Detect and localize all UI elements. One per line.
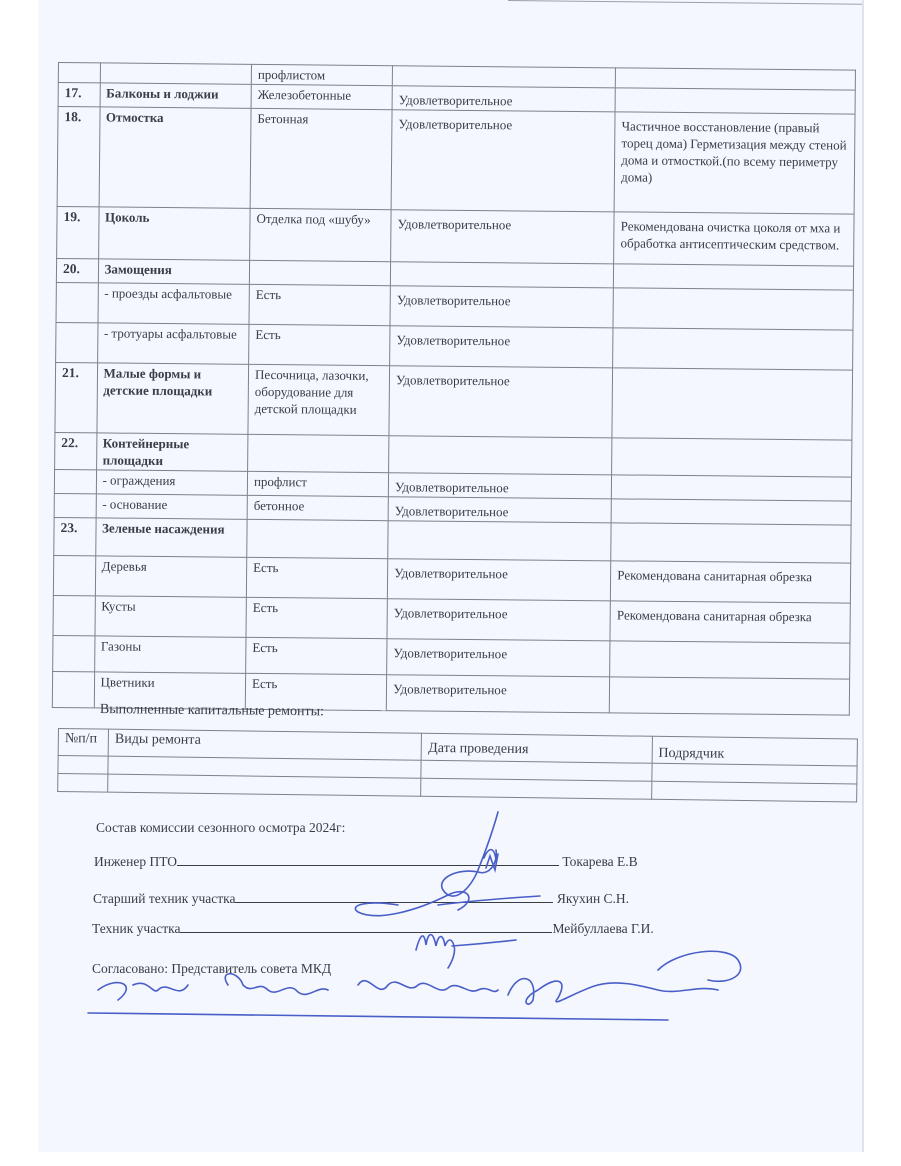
member-name: Токарева Е.В [562, 854, 637, 869]
header-repair-type: Виды ремонта [108, 729, 422, 760]
row-element-name: - основание [96, 494, 248, 519]
row-number: 19. [57, 206, 99, 258]
member-role: Старший техник участка [93, 891, 235, 906]
row-notes: Рекомендована санитарная обрезка [611, 561, 851, 603]
member-role: Техник участка [92, 921, 180, 936]
cell [651, 781, 856, 802]
header-number: №п/п [58, 729, 108, 757]
row-number [52, 671, 94, 707]
row-condition: Удовлетворительное [391, 210, 615, 264]
row-condition: Удовлетворительное [388, 497, 611, 523]
row-material: Есть [246, 557, 388, 598]
row-notes [610, 677, 850, 715]
row-number [54, 469, 96, 493]
row-number: 23. [54, 517, 96, 555]
member-row-engineer: Инженер ПТО Токарева Е.В [94, 853, 638, 870]
header-date: Дата проведения [422, 733, 653, 763]
row-element-name: - тротуары асфальтовые [97, 323, 249, 364]
row-material: профлист [247, 471, 388, 496]
capital-repairs-title: Выполненные капитальные ремонты: [100, 702, 324, 720]
row-notes [613, 288, 853, 330]
row-condition: Удовлетворительное [388, 473, 611, 499]
row-notes [612, 368, 852, 440]
member-row-senior-technician: Старший техник участка Якухин С.Н. [93, 890, 629, 907]
cell [421, 778, 651, 799]
row-material: профлистом [251, 64, 392, 85]
signature-technician [416, 935, 516, 968]
row-element-name: Отмостка [99, 107, 251, 208]
scanned-document-page: профлистом17.Балконы и лоджииЖелезобетон… [38, 0, 864, 1152]
inspection-table: профлистом17.Балконы и лоджииЖелезобетон… [52, 62, 856, 716]
row-element-name [100, 63, 252, 84]
row-condition: Удовлетворительное [387, 559, 610, 601]
member-name: Мейбуллаева Г.И. [552, 921, 653, 936]
row-element-name: Малые формы и детские площадки [96, 363, 248, 434]
row-condition: Удовлетворительное [387, 639, 610, 677]
row-condition: Удовлетворительное [390, 326, 613, 368]
row-material: Отделка под «шубу» [250, 208, 392, 261]
row-number [56, 322, 98, 362]
capital-repairs-table: №п/п Виды ремонта Дата проведения Подряд… [57, 728, 858, 802]
row-condition [388, 521, 611, 561]
row-condition: Удовлетворительное [387, 599, 610, 641]
row-condition: Удовлетворительное [389, 366, 613, 438]
row-condition: Удовлетворительное [391, 110, 615, 212]
row-notes [612, 438, 852, 477]
row-number [53, 555, 95, 595]
cell [58, 756, 108, 775]
row-notes [613, 328, 853, 370]
row-number: 20. [56, 258, 98, 282]
row-condition: Удовлетворительное [390, 286, 613, 328]
signature-line [235, 890, 553, 903]
cell [108, 774, 422, 796]
row-condition [392, 66, 615, 88]
row-notes: Рекомендована санитарная обрезка [610, 601, 850, 643]
row-material: Песочница, лазочки, оборудование для дет… [248, 364, 390, 435]
row-material [249, 260, 390, 285]
row-material: Есть [249, 284, 391, 325]
row-notes [612, 475, 852, 501]
row-element-name: Газоны [94, 636, 246, 673]
row-condition [390, 262, 613, 288]
row-element-name: Балконы и лоджии [100, 83, 252, 108]
page-top-edge-line [508, 0, 862, 5]
row-element-name: Деревья [95, 556, 247, 597]
row-material: Есть [246, 597, 388, 638]
table-row: 21.Малые формы и детские площадкиПесочни… [55, 362, 853, 440]
row-number: 22. [55, 432, 97, 469]
row-condition: Удовлетворительное [386, 675, 609, 713]
row-condition [389, 436, 612, 475]
row-material: Есть [249, 324, 391, 365]
row-notes [616, 68, 856, 90]
row-material: бетонное [247, 495, 388, 520]
row-element-name: Контейнерные площадки [96, 433, 248, 471]
row-element-name: Цоколь [98, 207, 250, 260]
row-number [53, 595, 95, 635]
row-element-name: Кусты [94, 596, 246, 637]
header-contractor: Подрядчик [652, 736, 858, 766]
cell [58, 774, 108, 793]
row-material: Бетонная [250, 108, 392, 209]
row-number: 17. [58, 83, 100, 107]
row-material: Есть [246, 637, 387, 674]
approval-text: Согласовано: Представитель совета МКД [92, 961, 331, 977]
table-row: 19.ЦокольОтделка под «шубу»Удовлетворите… [57, 206, 854, 266]
row-number [53, 635, 95, 671]
row-notes [611, 523, 851, 563]
row-number [58, 63, 100, 83]
member-role: Инженер ПТО [94, 854, 177, 869]
row-number [54, 493, 96, 517]
row-notes [614, 264, 854, 290]
row-number: 21. [55, 362, 97, 432]
row-element-name: Зеленые насаждения [95, 518, 247, 557]
commission-title: Состав комиссии сезонного осмотра 2024г: [96, 820, 345, 836]
row-notes: Частичное восстановление (правый торец д… [614, 112, 855, 214]
row-notes: Рекомендована очистка цоколя от мха и об… [614, 212, 854, 266]
row-number [56, 282, 98, 322]
row-notes [611, 499, 851, 525]
row-condition: Удовлетворительное [392, 86, 615, 112]
row-element-name: - ограждения [96, 470, 248, 495]
row-element-name: Замощения [98, 259, 250, 284]
row-notes [610, 641, 850, 679]
row-material [247, 519, 388, 558]
signature-line [180, 920, 552, 933]
row-notes [615, 88, 855, 114]
row-material: Железобетонные [251, 84, 392, 109]
signature-line [177, 853, 559, 866]
table-row: 18.ОтмосткаБетоннаяУдовлетворительноеЧас… [57, 107, 855, 215]
member-name: Якухин С.Н. [557, 891, 629, 906]
row-material [248, 434, 389, 472]
row-number: 18. [57, 107, 99, 207]
row-element-name: - проезды асфальтовые [97, 283, 249, 324]
member-row-technician: Техник участкаМейбуллаева Г.И. [92, 920, 654, 937]
